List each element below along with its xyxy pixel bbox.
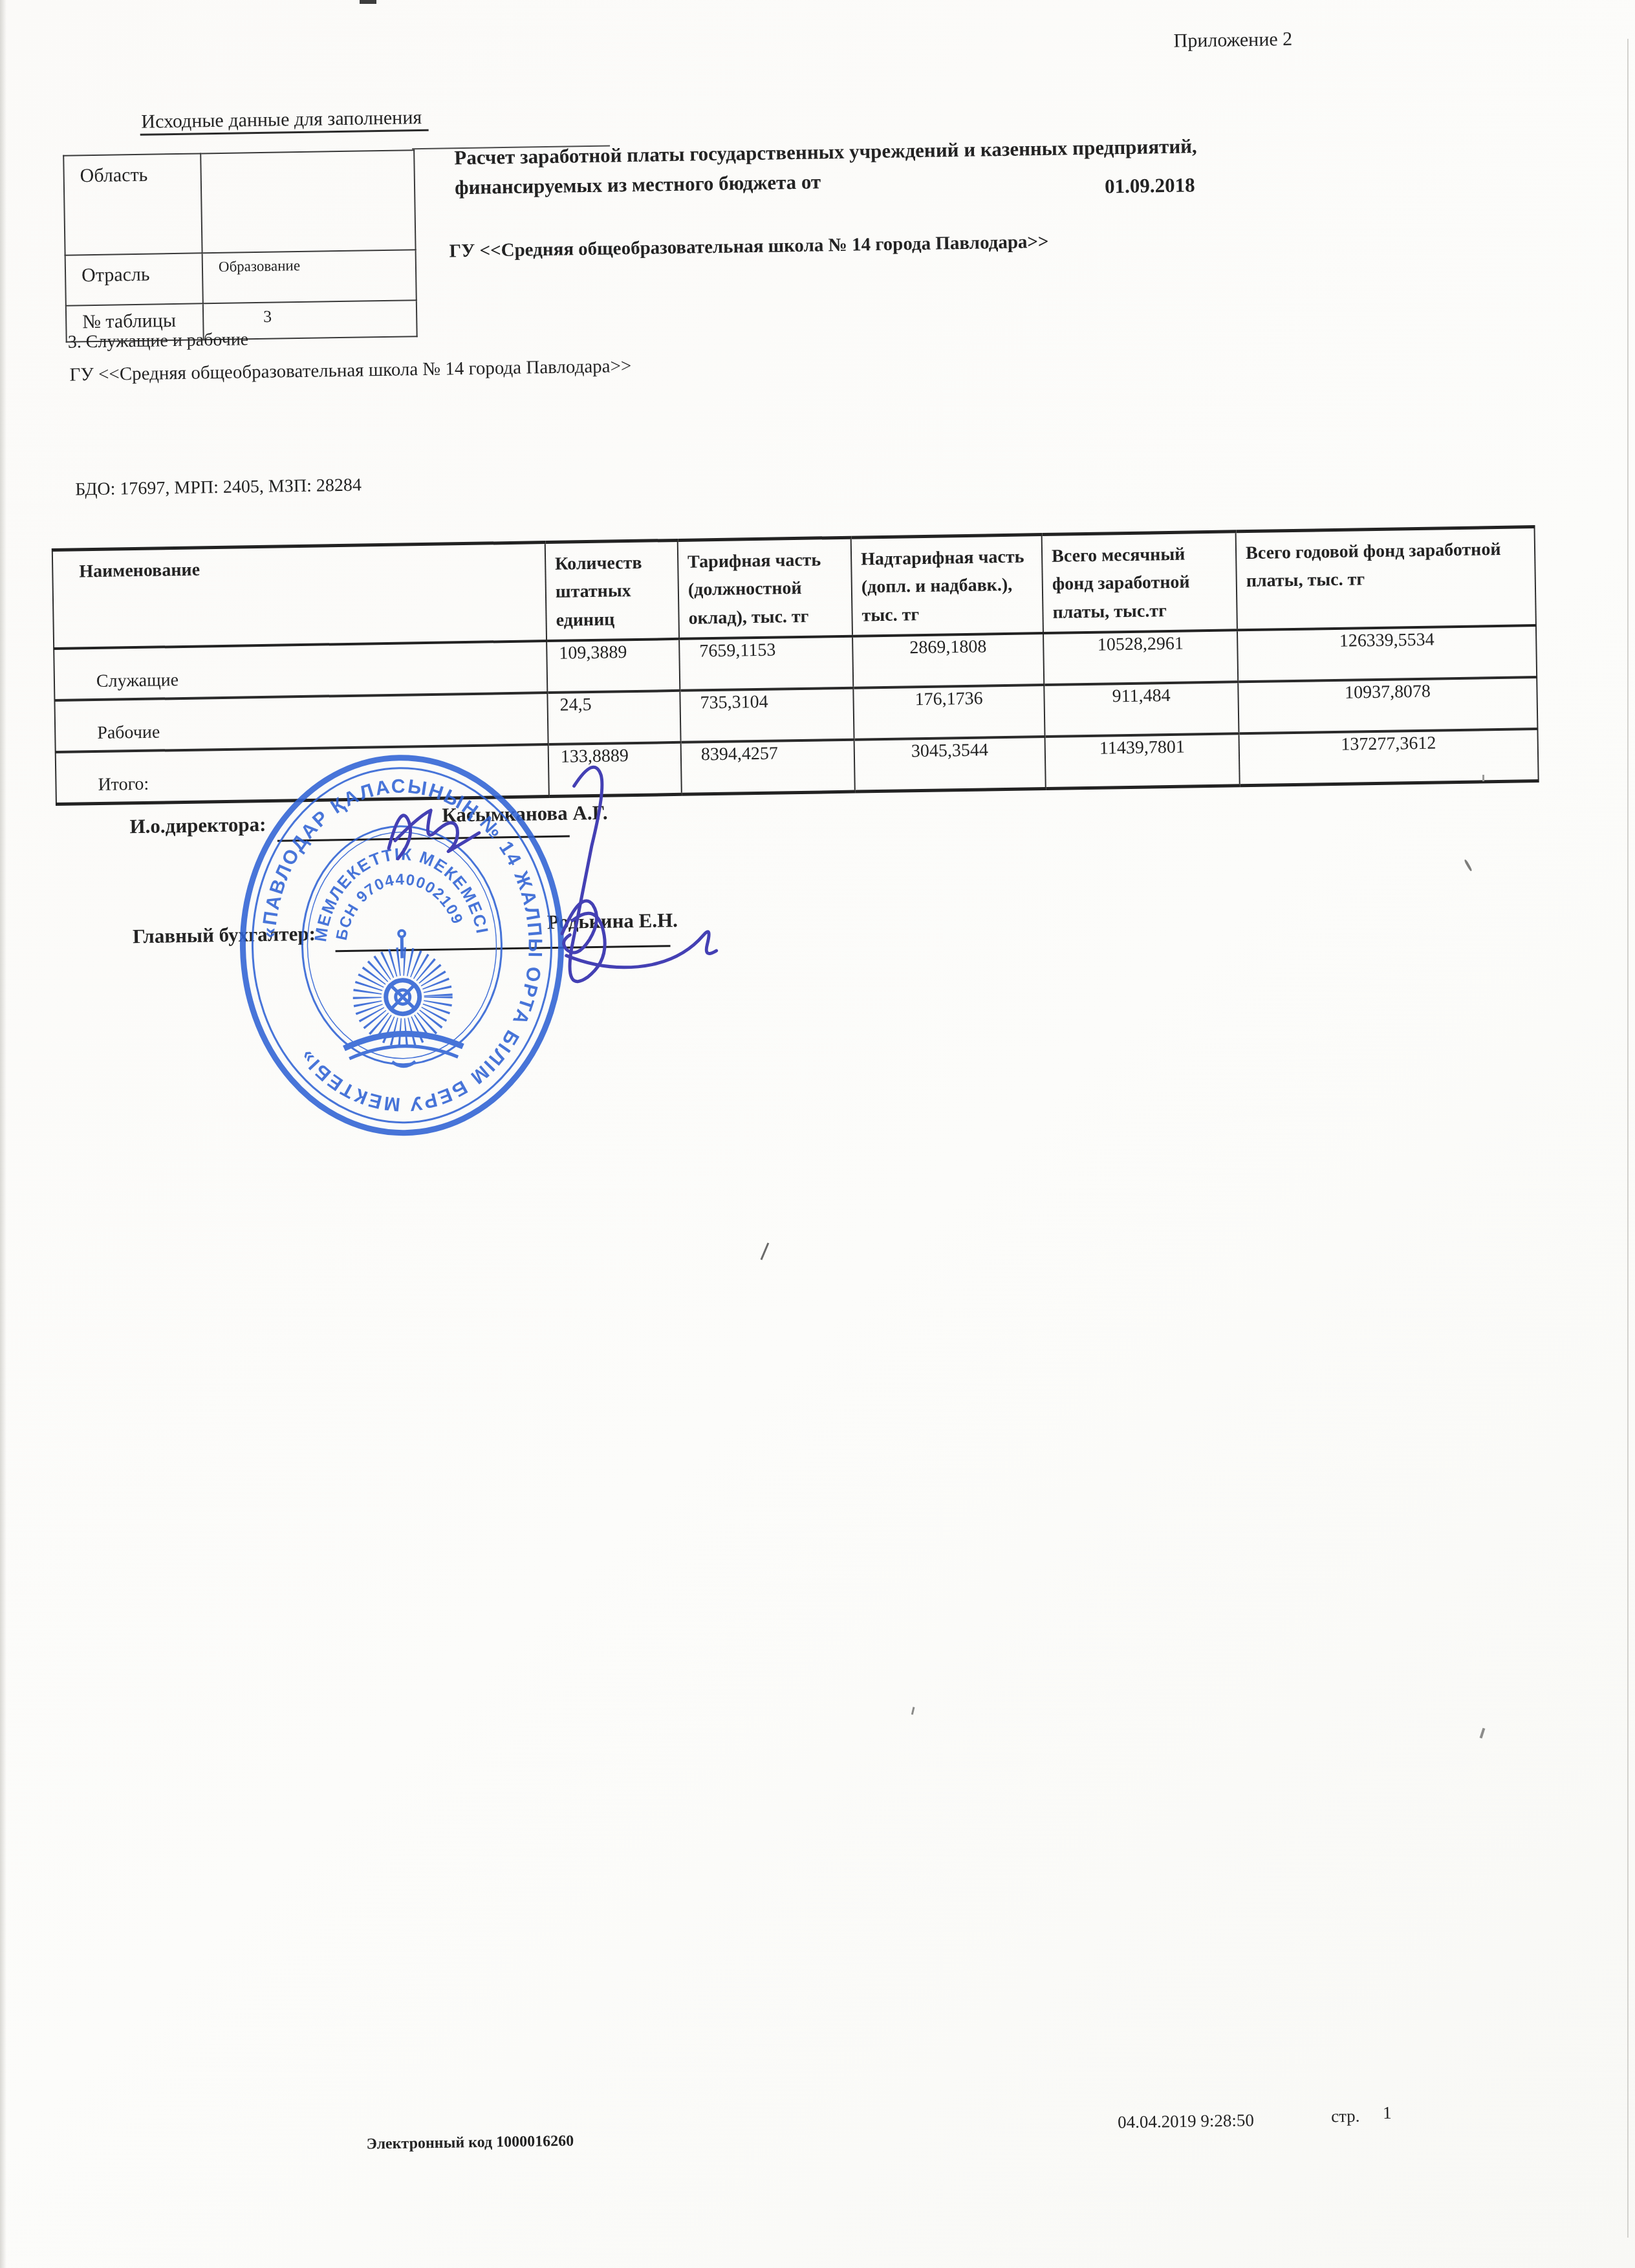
info-label-oblast: Область [63,153,202,255]
cell-staff-units: 109,3889 [547,638,680,692]
col-header-tariff-part: Тарифная часть (должностной оклад), тыс.… [678,537,852,638]
document-content: Приложение 2 Исходные данные для заполне… [0,0,1635,2268]
org-name-bold: ГУ <<Средняя общеобразовательная школа №… [449,232,1048,263]
cell-tariff: 7659,1153 [679,636,853,690]
stray-mark [911,1707,915,1714]
doc-title-line1: Расчет заработной платы государственных … [454,135,1197,169]
info-row-otrasl: Отрасль Образование [65,250,417,306]
col-header-yearly-fund: Всего годовой фонд заработной платы, тыс… [1236,527,1536,630]
cell-overtariff: 3045,3544 [854,737,1046,792]
info-value-oblast [200,150,415,253]
electronic-code: Электронный код 1000016260 [366,2133,574,2154]
section-label: 3. Служащие и рабочие [68,329,249,352]
print-datetime: 04.04.2019 9:28:50 [1118,2110,1254,2132]
cell-overtariff: 2869,1808 [852,633,1044,688]
round-stamp: «ПАВЛОДАР ҚАЛАСЫНЫҢ № 14 ЖАЛПЫ ОРТА БІЛІ… [240,755,564,1136]
cell-yearly: 126339,5534 [1237,625,1537,682]
cell-yearly: 137277,3612 [1239,729,1538,786]
page-number: 1 [1383,2103,1392,2123]
constants-line: БДО: 17697, МРП: 2405, МЗП: 28284 [75,475,362,501]
col-header-overtariff-part: Надтарифная часть (допл. и надбавк.), ты… [851,535,1043,636]
cell-yearly: 10937,8078 [1238,677,1537,733]
col-header-name: Наименование [52,543,547,649]
info-label-otrasl: Отрасль [65,253,203,305]
stamp-and-signatures-layer: «ПАВЛОДАР ҚАЛАСЫНЫҢ № 14 ЖАЛПЫ ОРТА БІЛІ… [224,732,813,1181]
scan-right-edge-line [1627,39,1629,2238]
accountant-handwritten-signature [561,899,717,969]
col-header-staff-units: Количеств штатных единиц [545,540,679,640]
cell-monthly: 11439,7801 [1045,733,1240,788]
scan-top-edge-mark [360,0,376,4]
row-name: Служащие [54,641,547,700]
page-label: стр. [1331,2106,1360,2127]
cell-monthly: 10528,2961 [1043,630,1238,685]
doc-title-line2: финансируемых из местного бюджета от [455,170,821,199]
doc-title-date: 01.09.2018 [1105,173,1195,198]
scanned-document-page: Приложение 2 Исходные данные для заполне… [0,0,1635,2268]
org-name-regular: ГУ <<Средняя общеобразовательная школа №… [69,356,631,386]
cell-overtariff: 176,1736 [853,685,1045,740]
info-row-oblast: Область [63,150,415,255]
appendix-label: Приложение 2 [1173,28,1292,52]
scan-left-edge-shadow [0,0,6,2268]
cell-monthly: 911,484 [1044,682,1239,737]
info-value-otrasl: Образование [202,250,417,303]
source-data-heading: Исходные данные для заполнения [140,107,428,133]
info-table: Область Отрасль Образование № таблицы 3 [63,149,417,343]
scan-edge-mark [1482,775,1484,781]
col-header-monthly-fund: Всего месячный фонд заработной платы, ты… [1042,532,1237,633]
source-data-heading-text: Исходные данные для заполнения [140,107,428,136]
stray-mark [761,1242,770,1260]
